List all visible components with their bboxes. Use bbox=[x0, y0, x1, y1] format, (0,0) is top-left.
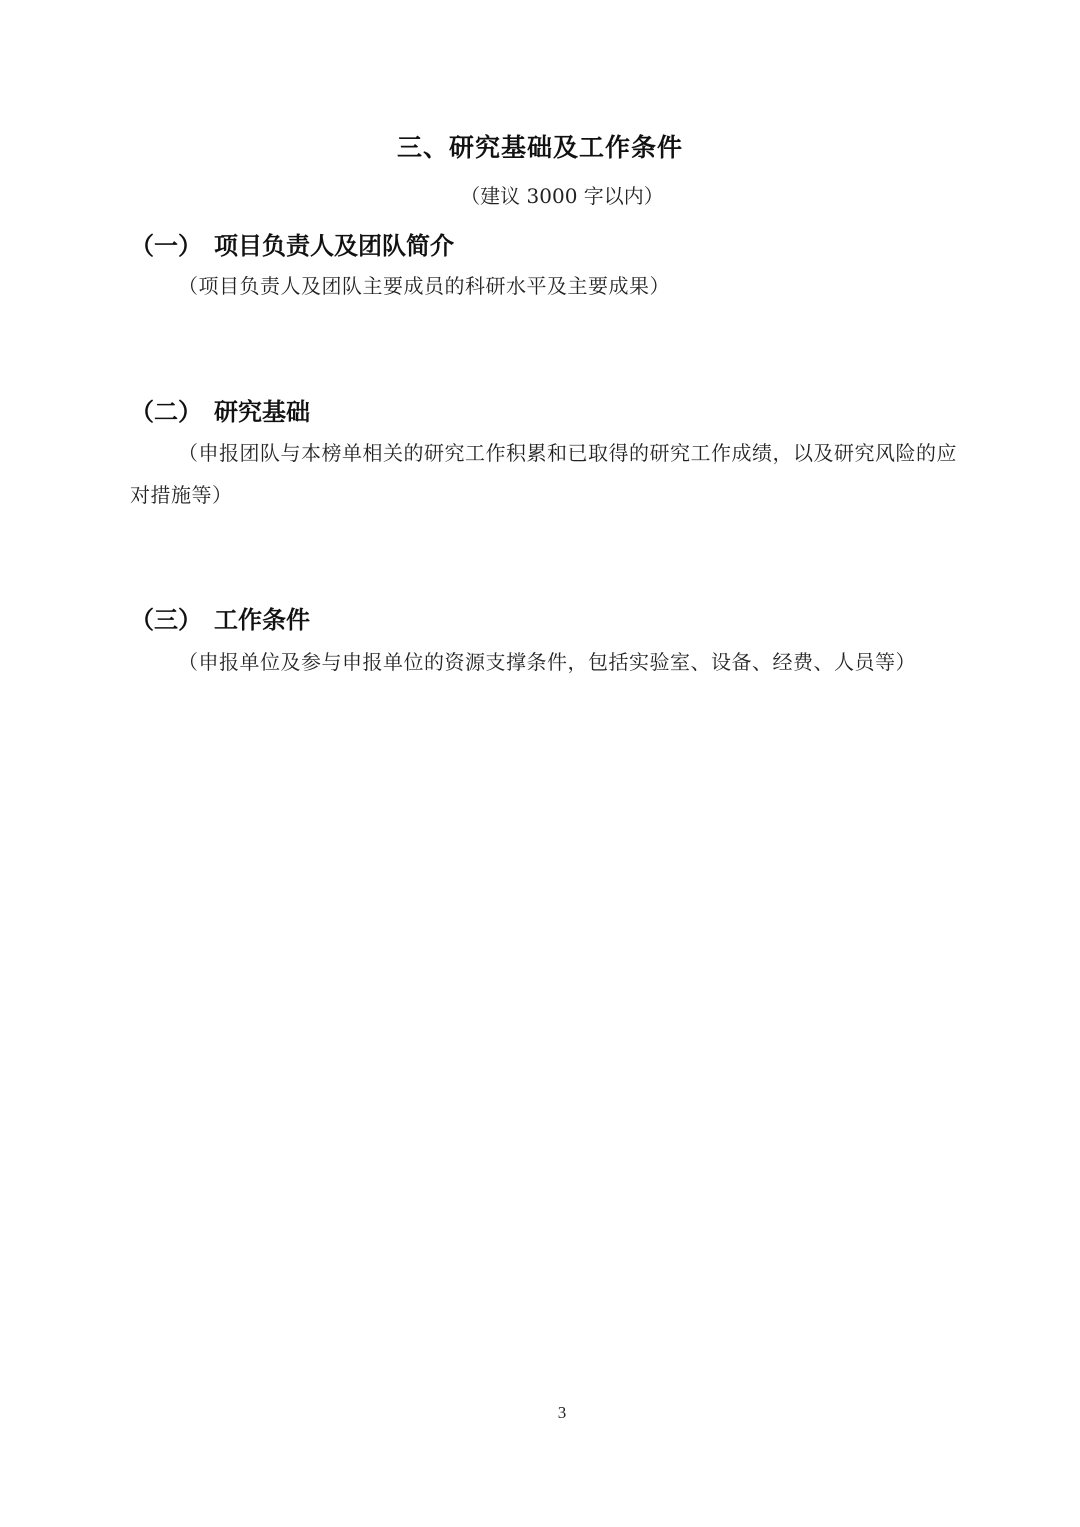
section-note-1: （项目负责人及团队主要成员的科研水平及主要成果） bbox=[130, 265, 960, 307]
section-number: （一） bbox=[130, 226, 214, 261]
section-note-2: （申报团队与本榜单相关的研究工作积累和已取得的研究工作成绩，以及研究风险的应对措… bbox=[130, 432, 960, 516]
section-number: （三） bbox=[130, 600, 214, 635]
section-title: 项目负责人及团队简介 bbox=[214, 232, 454, 260]
section-note-3: （申报单位及参与申报单位的资源支撑条件，包括实验室、设备、经费、人员等） bbox=[130, 641, 960, 683]
section-heading-3: （三）工作条件 bbox=[130, 600, 310, 635]
document-page: 三、研究基础及工作条件 （建议 3000 字以内） （一）项目负责人及团队简介 … bbox=[0, 0, 1080, 1527]
page-number: 3 bbox=[0, 1403, 1080, 1423]
section-heading-1: （一）项目负责人及团队简介 bbox=[130, 226, 454, 261]
section-title: 工作条件 bbox=[214, 606, 310, 634]
page-subtitle: （建议 3000 字以内） bbox=[0, 180, 1080, 209]
section-title: 研究基础 bbox=[214, 398, 310, 426]
section-number: （二） bbox=[130, 392, 214, 427]
section-heading-2: （二）研究基础 bbox=[130, 392, 310, 427]
page-title: 三、研究基础及工作条件 bbox=[0, 128, 1080, 164]
